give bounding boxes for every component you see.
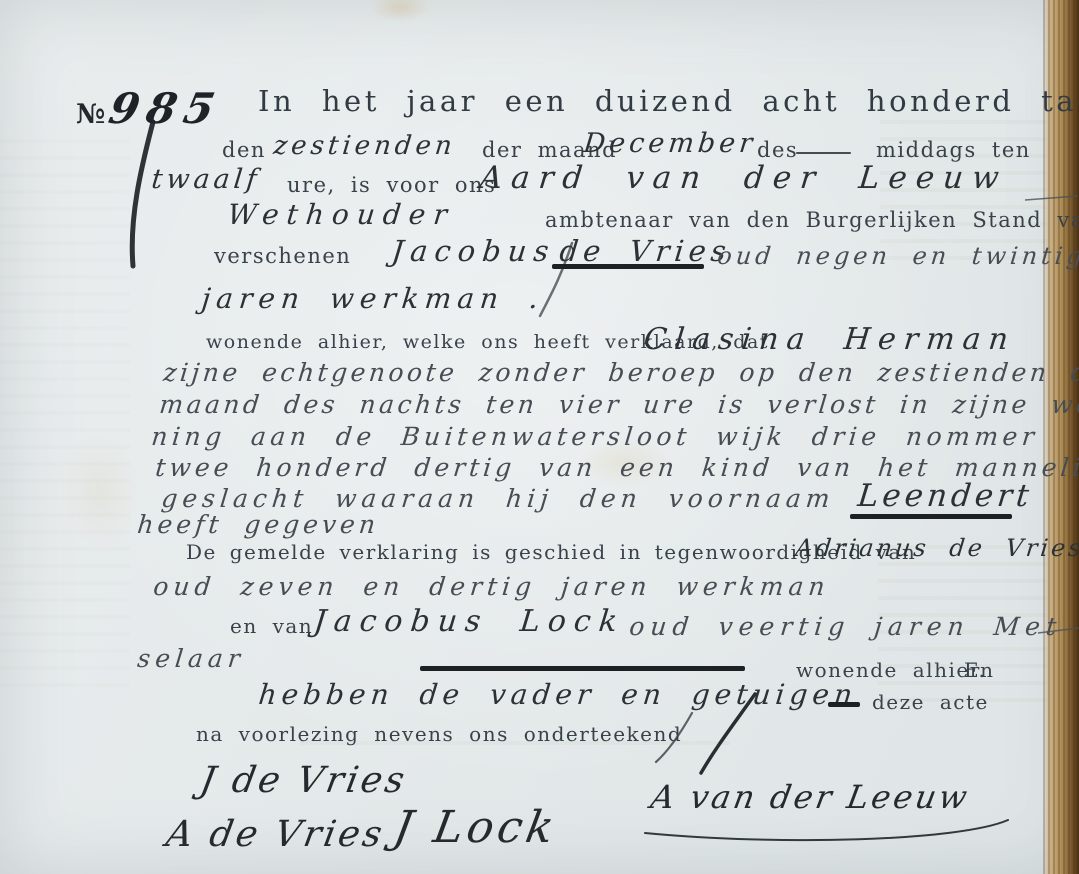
ink-bleed-through <box>0 140 130 700</box>
hw-official-title: Wethouder <box>226 198 457 231</box>
birth-certificate-page: № 985 In het jaar een duizend acht honde… <box>0 0 1079 874</box>
hw-body-line-3: ning aan de Buitenwatersloot wijk drie n… <box>150 422 1040 451</box>
paper-stain <box>370 0 430 22</box>
hw-witness2-name: Jacobus Lock <box>312 604 627 639</box>
hw-body-line-1: zijne echtgenoote zonder beroep op den z… <box>162 358 1079 387</box>
act-number-block: № 985 <box>76 84 222 133</box>
hw-witness2-age: oud veertig jaren Met <box>628 612 1064 641</box>
hw-witness1-age: oud zeven en dertig jaren werkman <box>152 572 831 601</box>
act-number-symbol: № <box>76 99 105 130</box>
hw-child-name: Leendert <box>856 478 1035 514</box>
hw-mother-name: Clasina Herman <box>642 322 1018 357</box>
hw-body-line-2: maand des nachts ten vier ure is verlost… <box>158 390 1079 419</box>
printed-den: den <box>222 138 266 162</box>
hw-declarant-age: oud negen en twintig <box>716 242 1079 270</box>
printed-year-line: In het jaar een duizend acht honderd tac… <box>258 84 1079 118</box>
signature-witness2: J Lock <box>390 802 562 853</box>
hw-official-name: Aard van der Leeuw <box>478 160 1010 196</box>
signature-father: J de Vries <box>197 760 410 801</box>
printed-ambtenaar: ambtenaar van den Burgerlijken Stand van… <box>545 208 1079 232</box>
hw-declarant-occupation: jaren werkman . <box>200 282 546 315</box>
hw-body-line-6: heeft gegeven <box>136 510 381 539</box>
printed-na-voorlezing: na voorlezing nevens ons onderteekend <box>196 722 682 746</box>
hw-month: December <box>582 128 758 159</box>
signature-official: A van der Leeuw <box>648 778 973 816</box>
hw-hour: twaalf <box>150 164 262 195</box>
hw-body-line-5: geslacht waaraan hij den voornaam <box>160 484 836 513</box>
hw-witness2-occupation-cont: selaar <box>136 644 246 673</box>
signature-witness1: A de Vries <box>163 814 388 855</box>
printed-en-van: en van <box>230 614 313 638</box>
underline-declarant-name <box>552 264 704 269</box>
hw-declarant-last-name: de Vries <box>558 234 733 268</box>
printed-middags-ten: middags ten <box>876 138 1031 162</box>
book-binding-edge <box>1043 0 1079 874</box>
printed-en: En <box>964 658 994 682</box>
hw-day: zestienden <box>272 131 457 161</box>
hw-declarant-first-name: Jacobus <box>390 234 557 268</box>
hw-closing-line: hebben de vader en getuigen <box>257 678 859 711</box>
blank-filler-rule <box>420 666 745 671</box>
paper-stain <box>60 430 140 550</box>
underline-child-name <box>850 514 1012 519</box>
closing-dash <box>828 702 860 707</box>
printed-verschenen: verschenen <box>214 244 351 268</box>
printed-des: des <box>757 138 798 162</box>
hw-witness1-name: Adrianus de Vries <box>794 534 1079 562</box>
printed-ure-voor-ons: ure, is voor ons <box>287 173 496 197</box>
printed-deze-acte: deze acte <box>872 690 989 714</box>
act-number: 985 <box>105 84 227 133</box>
blank-filler-dash <box>796 152 851 154</box>
